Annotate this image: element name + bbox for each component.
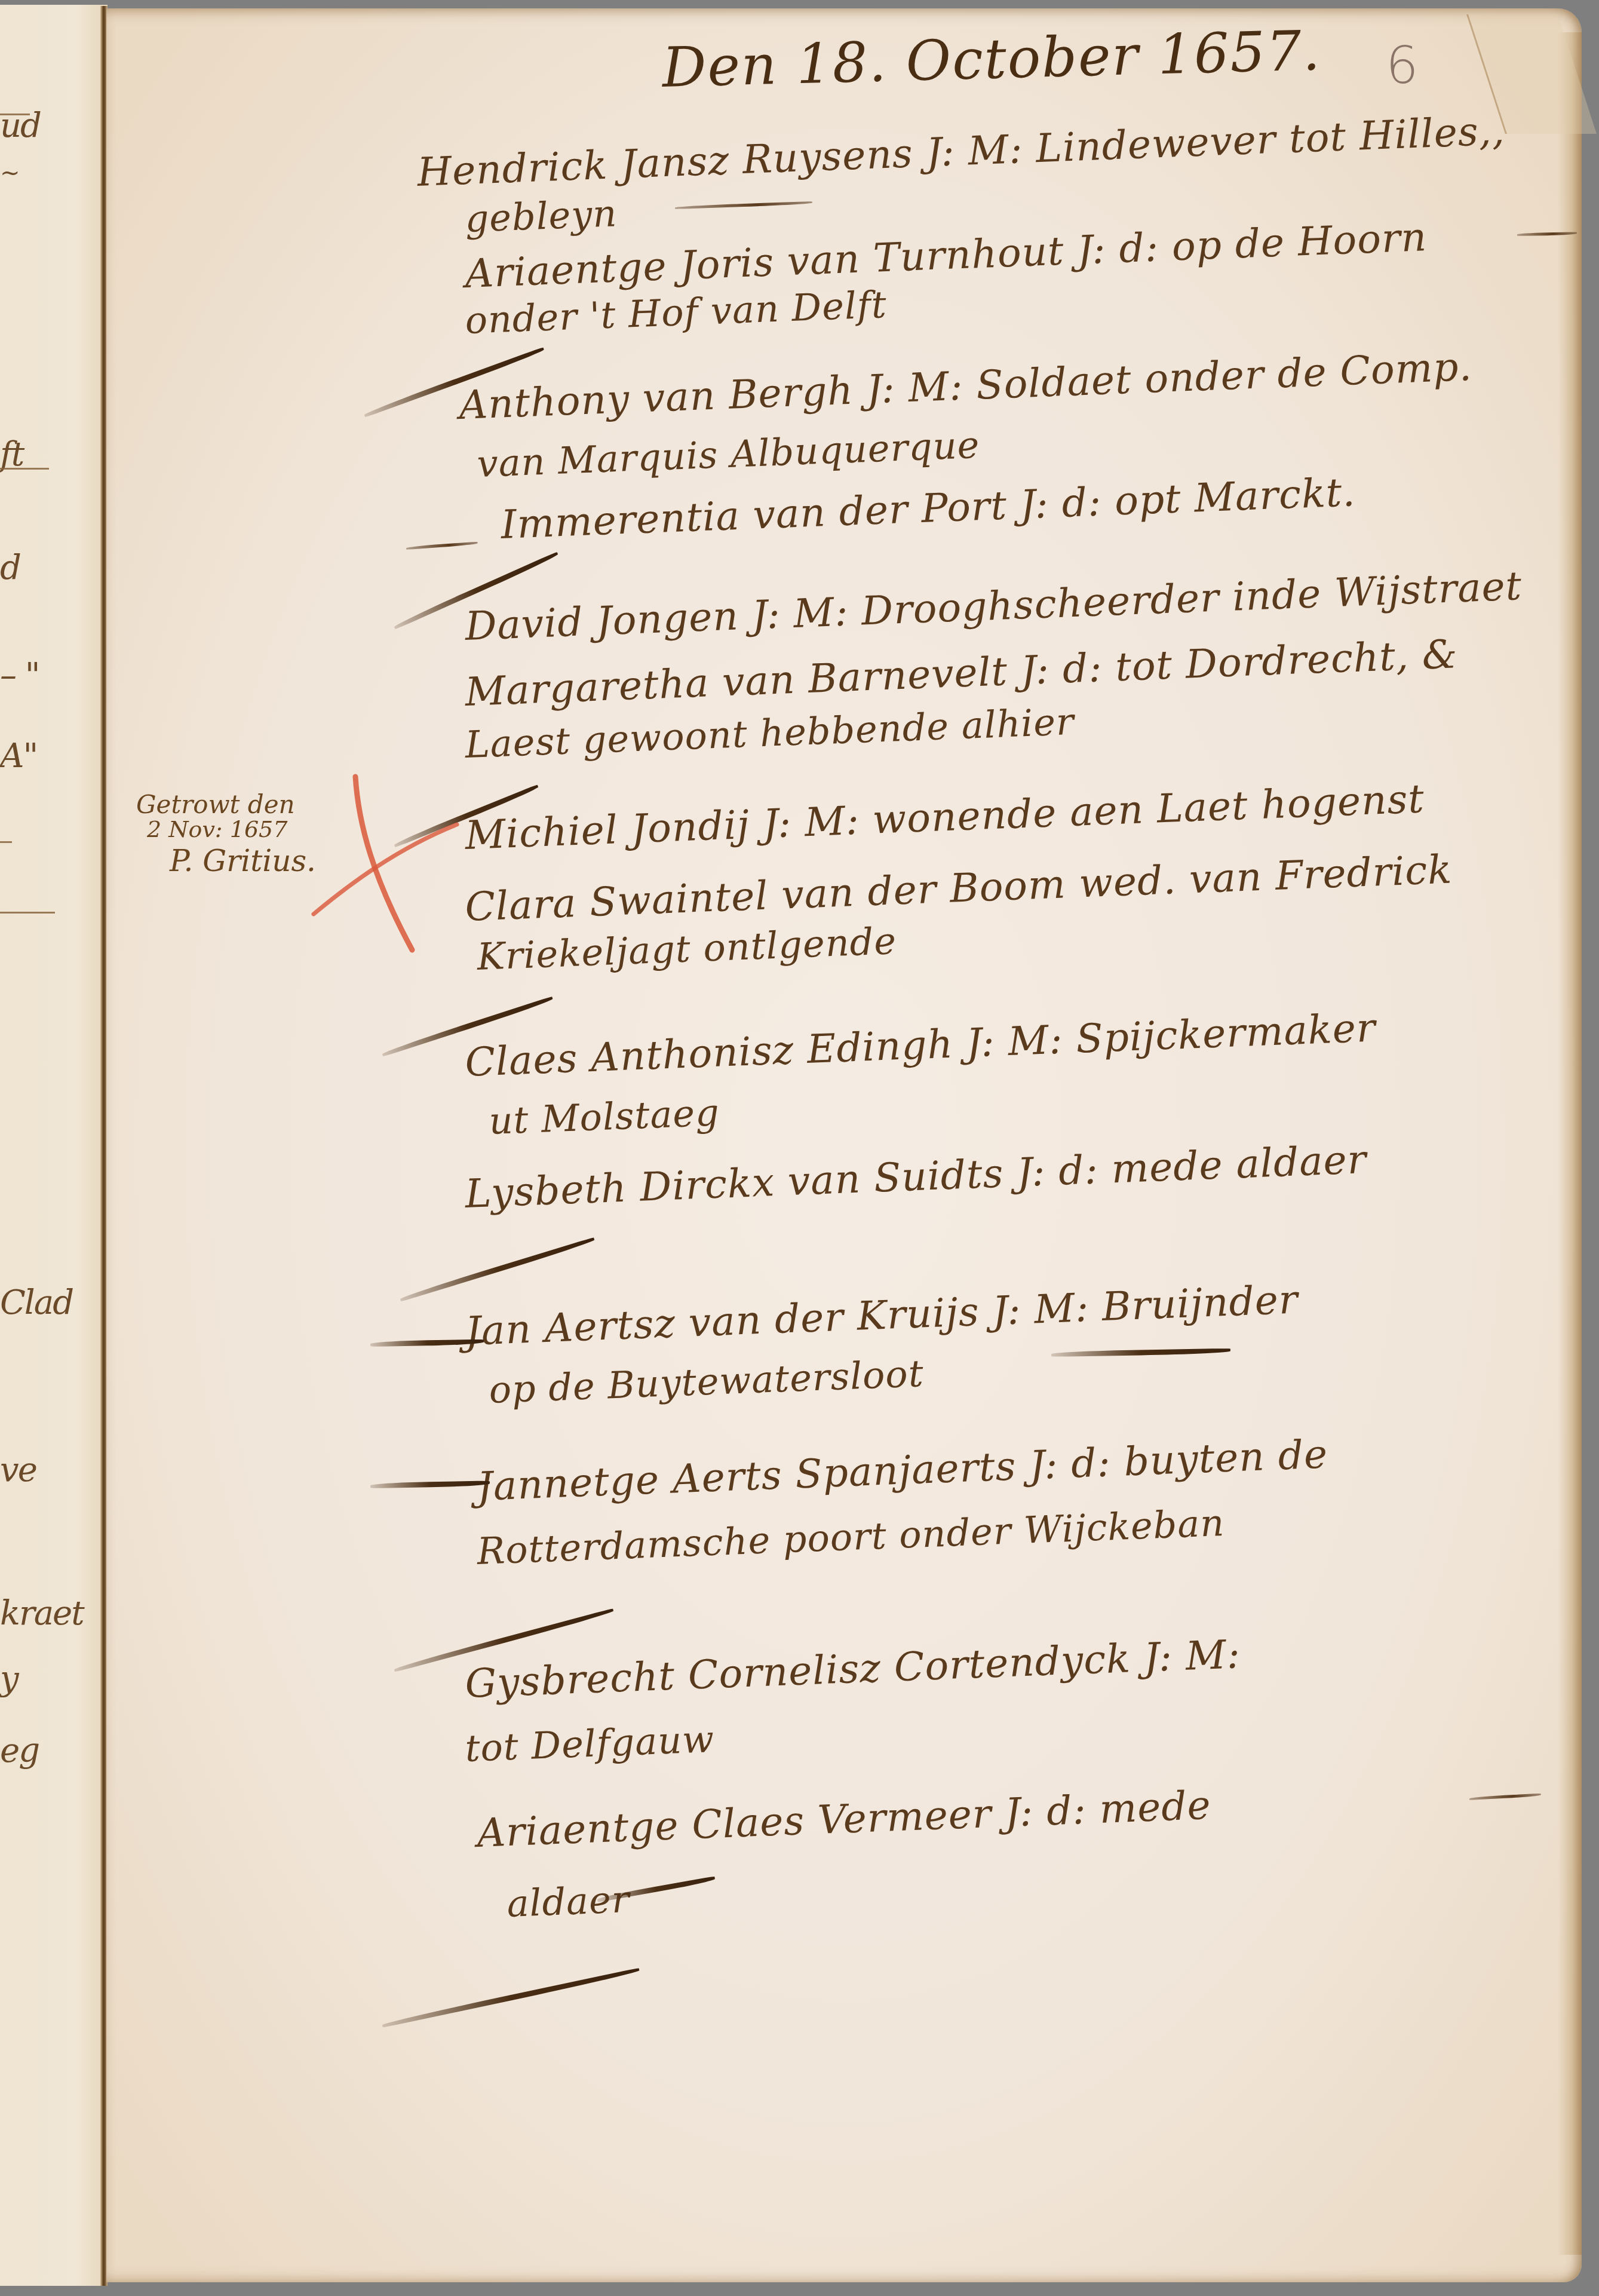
page-edge [1558,32,1582,2255]
entry-1-groom-line-2: gebleyn [464,191,618,241]
left-page-fragment: ud ~ ft d – " A" Clad ve kraet y eg [0,5,108,2286]
left-page-rule [0,912,55,914]
left-page-text: y [0,1660,18,1699]
left-page-text: Clad [0,1283,73,1322]
left-page-rule [0,841,12,843]
margin-annotation: Getrowt den 2 Nov: 1657 P. Gritius. [136,792,316,876]
page-number: 6 [1386,36,1419,96]
left-page-text: eg [0,1731,39,1770]
margin-note-line-1: Getrowt den [136,792,316,818]
left-page-text: kraet [0,1594,84,1633]
left-page-rule [0,468,49,470]
margin-note-signature: P. Gritius. [170,845,316,877]
entry-7-bride-line-2: aldaer [506,1877,630,1926]
margin-note-line-2: 2 Nov: 1657 [147,818,316,842]
left-page-text: ~ [0,159,19,186]
left-page-text: d [0,548,20,587]
red-crayon-x-mark [308,771,463,962]
left-page-rule [0,114,30,115]
left-page-text: ve [0,1451,36,1489]
left-page-text: A" [0,737,37,775]
left-page-text: ud [0,106,41,145]
entry-5-groom-line-2: ut Molstaeg [488,1090,720,1143]
left-page-text: – " [0,656,39,695]
